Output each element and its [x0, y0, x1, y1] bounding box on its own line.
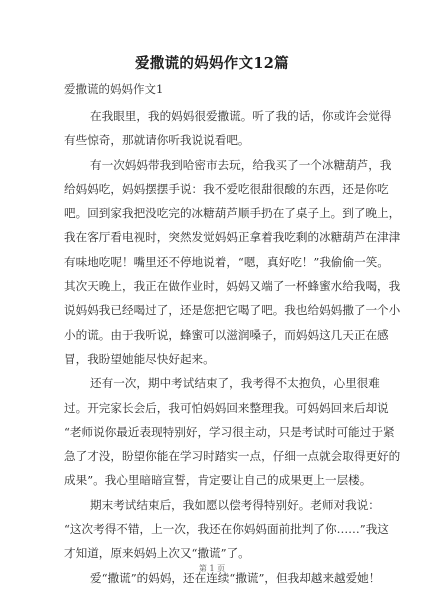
text-line: 说妈妈我已经喝过了，还是您把它喝了吧。我也给妈妈撒了一个小 — [64, 298, 360, 322]
text-line: 其次天晚上，我正在做作业时，妈妈又端了一杯蜂蜜水给我喝，我 — [64, 274, 360, 298]
text-line: 有一次妈妈带我到哈密市去玩，给我买了一个冰糖葫芦，我 — [64, 153, 360, 177]
page-number: 第 1 页 — [0, 563, 424, 574]
text-line: 还有一次，期中考试结束了，我考得不太抱负，心里很难 — [64, 371, 360, 395]
text-line: 成果”。我心里暗暗宣誓，肯定要让自己的成果更上一层楼。 — [64, 468, 360, 492]
text-line: 才知道，原来妈妈上次又“撒谎”了。 — [64, 541, 360, 565]
text-line: 给妈妈吃，妈妈摆摆手说：我不爱吃很甜很酸的东西，还是你吃 — [64, 177, 360, 201]
text-line: 有味地吃呢！嘴里还不停地说着，“嗯，真好吃！”我偷偷一笑。 — [64, 250, 360, 274]
text-line: 冒，我盼望她能尽快好起来。 — [64, 347, 360, 371]
text-line: 急了才没，盼望你能在学习时踏实一点，仔细一点就会取得更好的 — [64, 444, 360, 468]
text-line: 期末考试结束后，我如愿以偿考得特别好。老师对我说： — [64, 493, 360, 517]
text-line: “老师说你最近表现特别好，学习很主动，只是考试时可能过于紧 — [64, 420, 360, 444]
document-page: 爱撒谎的妈妈作文12篇 爱撒谎的妈妈作文1 在我眼里，我的妈妈很爱撒谎。听了我的… — [0, 0, 424, 600]
essay-body: 在我眼里，我的妈妈很爱撒谎。听了我的话，你或许会觉得有些惊奇，那就请你听我说说看… — [64, 104, 360, 590]
text-line: 有些惊奇，那就请你听我说说看吧。 — [64, 128, 360, 152]
text-line: 我在客厅看电视时，突然发觉妈妈正拿着我吃剩的冰糖葫芦在津津 — [64, 225, 360, 249]
text-line: 吧。回到家我把没吃完的冰糖葫芦顺手扔在了桌子上。到了晚上， — [64, 201, 360, 225]
document-title: 爱撒谎的妈妈作文12篇 — [0, 52, 424, 73]
text-line: 在我眼里，我的妈妈很爱撒谎。听了我的话，你或许会觉得 — [64, 104, 360, 128]
text-line: 小的谎。由于我听说，蜂蜜可以滋润嗓子，而妈妈这几天正在感 — [64, 323, 360, 347]
text-line: 过。开完家长会后，我可怕妈妈回来整理我。可妈妈回来后却说 — [64, 396, 360, 420]
text-line: “这次考得不错，上一次，我还在你妈妈面前批判了你……”我这 — [64, 517, 360, 541]
essay-heading: 爱撒谎的妈妈作文1 — [64, 81, 163, 97]
